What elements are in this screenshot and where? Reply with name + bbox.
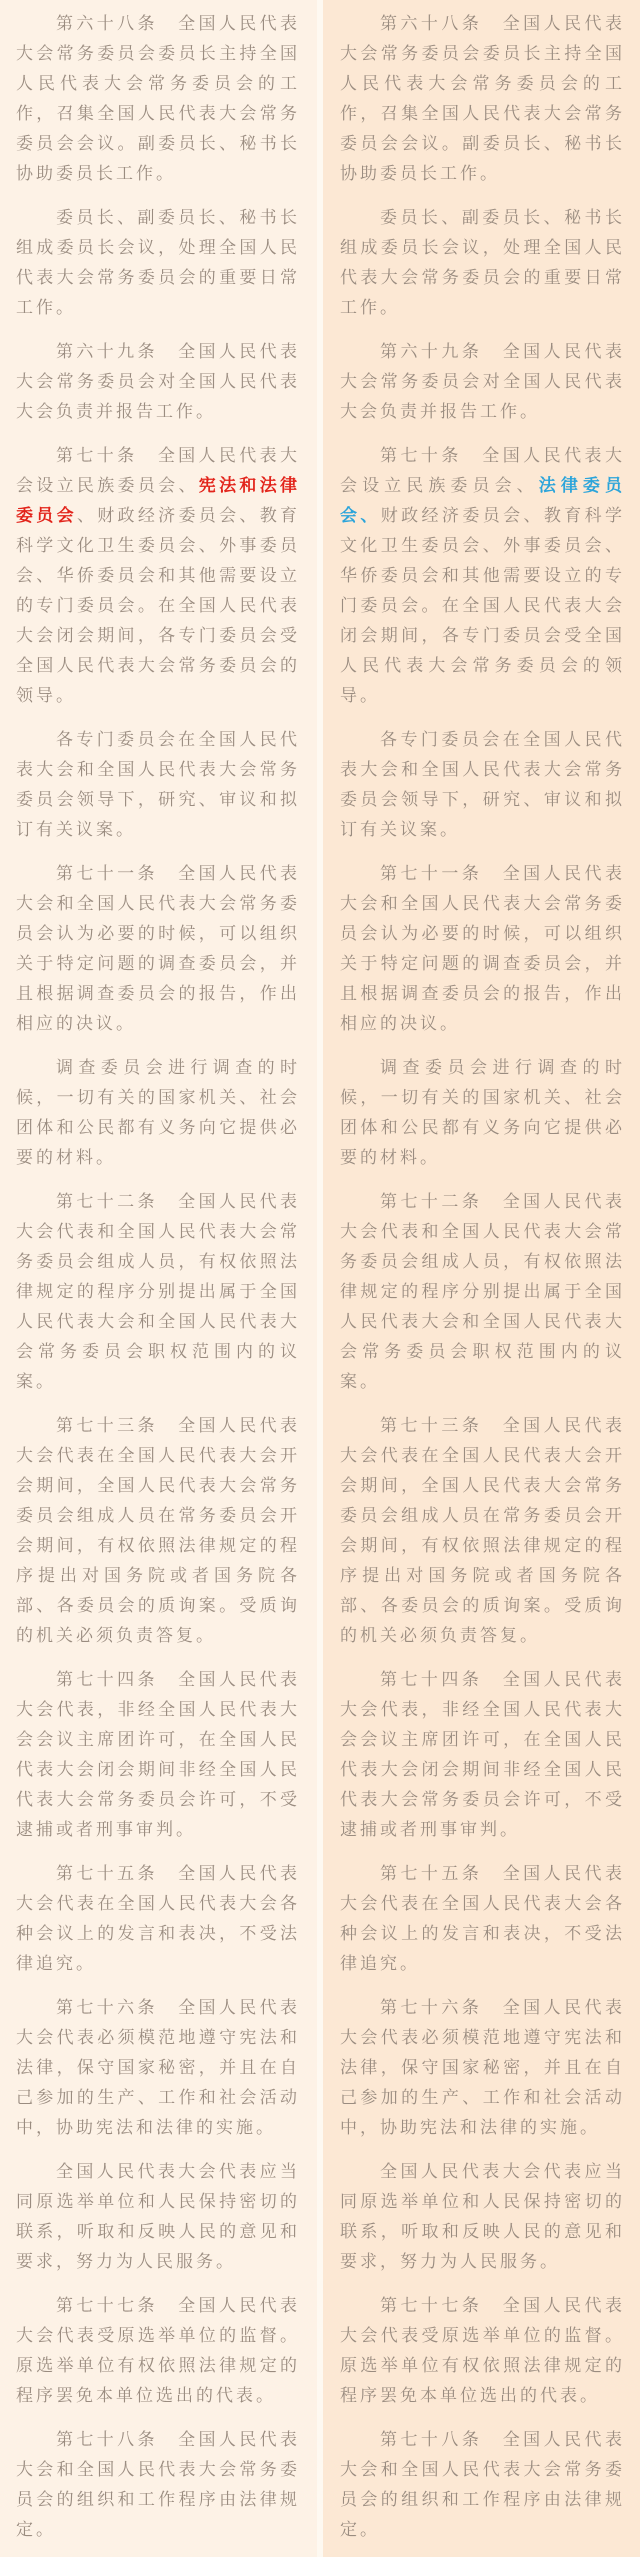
paragraph-text: 第七十六条 全国人民代表大会代表必须模范地遵守宪法和法律，保守国家秘密，并且在自…	[16, 1998, 300, 2138]
paragraph-text: 各专门委员会在全国人民代表大会和全国人民代表大会常务委员会领导下，研究、审议和拟…	[340, 730, 625, 840]
paragraph-text: 、财政经济委员会、教育科学文化卫生委员会、外事委员会、华侨委员会和其他需要设立的…	[16, 506, 300, 706]
paragraph-text: 第七十三条 全国人民代表大会代表在全国人民代表大会开会期间，全国人民代表大会常务…	[340, 1416, 625, 1646]
constitution-comparison-page: 第六十八条 全国人民代表大会常务委员会委员长主持全国人民代表大会常务委员会的工作…	[0, 0, 640, 2557]
article-paragraph: 第六十八条 全国人民代表大会常务委员会委员长主持全国人民代表大会常务委员会的工作…	[340, 9, 625, 189]
article-paragraph: 第七十七条 全国人民代表大会代表受原选举单位的监督。原选举单位有权依照法律规定的…	[340, 2291, 625, 2411]
article-paragraph: 第七十三条 全国人民代表大会代表在全国人民代表大会开会期间，全国人民代表大会常务…	[340, 1411, 625, 1651]
paragraph-text: 第七十八条 全国人民代表大会和全国人民代表大会常务委员会的组织和工作程序由法律规…	[16, 2430, 300, 2540]
paragraph-text: 第六十九条 全国人民代表大会常务委员会对全国人民代表大会负责并报告工作。	[16, 342, 300, 422]
paragraph-text: 全国人民代表大会代表应当同原选举单位和人民保持密切的联系，听取和反映人民的意见和…	[340, 2162, 625, 2272]
paragraph-text: 第七十二条 全国人民代表大会代表和全国人民代表大会常务委员会组成人员，有权依照法…	[340, 1192, 625, 1392]
paragraph-text: 第七十五条 全国人民代表大会代表在全国人民代表大会各种会议上的发言和表决，不受法…	[16, 1864, 300, 1974]
article-paragraph: 全国人民代表大会代表应当同原选举单位和人民保持密切的联系，听取和反映人民的意见和…	[16, 2157, 300, 2277]
article-paragraph: 第七十条 全国人民代表大会设立民族委员会、宪法和法律委员会、财政经济委员会、教育…	[16, 441, 300, 711]
paragraph-text: 第七十八条 全国人民代表大会和全国人民代表大会常务委员会的组织和工作程序由法律规…	[340, 2430, 625, 2540]
paragraph-text: 第七十二条 全国人民代表大会代表和全国人民代表大会常务委员会组成人员，有权依照法…	[16, 1192, 300, 1392]
paragraph-text: 第七十六条 全国人民代表大会代表必须模范地遵守宪法和法律，保守国家秘密，并且在自…	[340, 1998, 625, 2138]
article-paragraph: 第七十六条 全国人民代表大会代表必须模范地遵守宪法和法律，保守国家秘密，并且在自…	[340, 1993, 625, 2143]
paragraph-text: 调查委员会进行调查的时候，一切有关的国家机关、社会团体和公民都有义务向它提供必要…	[16, 1058, 300, 1168]
paragraph-text: 调查委员会进行调查的时候，一切有关的国家机关、社会团体和公民都有义务向它提供必要…	[340, 1058, 625, 1168]
article-paragraph: 第七十四条 全国人民代表大会代表，非经全国人民代表大会会议主席团许可，在全国人民…	[16, 1665, 300, 1845]
article-paragraph: 第七十五条 全国人民代表大会代表在全国人民代表大会各种会议上的发言和表决，不受法…	[340, 1859, 625, 1979]
article-paragraph: 第六十九条 全国人民代表大会常务委员会对全国人民代表大会负责并报告工作。	[340, 337, 625, 427]
article-paragraph: 第七十八条 全国人民代表大会和全国人民代表大会常务委员会的组织和工作程序由法律规…	[16, 2425, 300, 2545]
article-paragraph: 第六十九条 全国人民代表大会常务委员会对全国人民代表大会负责并报告工作。	[16, 337, 300, 427]
paragraph-text: 第六十九条 全国人民代表大会常务委员会对全国人民代表大会负责并报告工作。	[340, 342, 625, 422]
article-paragraph: 全国人民代表大会代表应当同原选举单位和人民保持密切的联系，听取和反映人民的意见和…	[340, 2157, 625, 2277]
paragraph-text: 委员长、副委员长、秘书长组成委员长会议，处理全国人民代表大会常务委员会的重要日常…	[340, 208, 625, 318]
paragraph-text: 第七十三条 全国人民代表大会代表在全国人民代表大会开会期间，全国人民代表大会常务…	[16, 1416, 300, 1646]
article-paragraph: 调查委员会进行调查的时候，一切有关的国家机关、社会团体和公民都有义务向它提供必要…	[340, 1053, 625, 1173]
article-paragraph: 第七十五条 全国人民代表大会代表在全国人民代表大会各种会议上的发言和表决，不受法…	[16, 1859, 300, 1979]
paragraph-text: 第六十八条 全国人民代表大会常务委员会委员长主持全国人民代表大会常务委员会的工作…	[16, 14, 300, 184]
article-paragraph: 第七十四条 全国人民代表大会代表，非经全国人民代表大会会议主席团许可，在全国人民…	[340, 1665, 625, 1845]
paragraph-text: 第七十七条 全国人民代表大会代表受原选举单位的监督。原选举单位有权依照法律规定的…	[16, 2296, 300, 2406]
article-paragraph: 第七十二条 全国人民代表大会代表和全国人民代表大会常务委员会组成人员，有权依照法…	[340, 1187, 625, 1397]
article-paragraph: 第七十三条 全国人民代表大会代表在全国人民代表大会开会期间，全国人民代表大会常务…	[16, 1411, 300, 1651]
paragraph-text: 全国人民代表大会代表应当同原选举单位和人民保持密切的联系，听取和反映人民的意见和…	[16, 2162, 300, 2272]
paragraph-text: 第七十一条 全国人民代表大会和全国人民代表大会常务委员会认为必要的时候，可以组织…	[340, 864, 625, 1034]
article-paragraph: 第七十一条 全国人民代表大会和全国人民代表大会常务委员会认为必要的时候，可以组织…	[340, 859, 625, 1039]
paragraph-text: 委员长、副委员长、秘书长组成委员长会议，处理全国人民代表大会常务委员会的重要日常…	[16, 208, 300, 318]
paragraph-text: 各专门委员会在全国人民代表大会和全国人民代表大会常务委员会领导下，研究、审议和拟…	[16, 730, 300, 840]
right-column-original-text: 第六十八条 全国人民代表大会常务委员会委员长主持全国人民代表大会常务委员会的工作…	[323, 0, 640, 2557]
article-paragraph: 委员长、副委员长、秘书长组成委员长会议，处理全国人民代表大会常务委员会的重要日常…	[340, 203, 625, 323]
left-column-amended-text: 第六十八条 全国人民代表大会常务委员会委员长主持全国人民代表大会常务委员会的工作…	[0, 0, 317, 2557]
article-paragraph: 第七十七条 全国人民代表大会代表受原选举单位的监督。原选举单位有权依照法律规定的…	[16, 2291, 300, 2411]
article-paragraph: 委员长、副委员长、秘书长组成委员长会议，处理全国人民代表大会常务委员会的重要日常…	[16, 203, 300, 323]
article-paragraph: 第七十六条 全国人民代表大会代表必须模范地遵守宪法和法律，保守国家秘密，并且在自…	[16, 1993, 300, 2143]
paragraph-text: 第七十四条 全国人民代表大会代表，非经全国人民代表大会会议主席团许可，在全国人民…	[340, 1670, 625, 1840]
paragraph-text: 第六十八条 全国人民代表大会常务委员会委员长主持全国人民代表大会常务委员会的工作…	[340, 14, 625, 184]
article-paragraph: 各专门委员会在全国人民代表大会和全国人民代表大会常务委员会领导下，研究、审议和拟…	[16, 725, 300, 845]
article-paragraph: 调查委员会进行调查的时候，一切有关的国家机关、社会团体和公民都有义务向它提供必要…	[16, 1053, 300, 1173]
paragraph-text: 第七十五条 全国人民代表大会代表在全国人民代表大会各种会议上的发言和表决，不受法…	[340, 1864, 625, 1974]
paragraph-text: 第七十七条 全国人民代表大会代表受原选举单位的监督。原选举单位有权依照法律规定的…	[340, 2296, 625, 2406]
article-paragraph: 各专门委员会在全国人民代表大会和全国人民代表大会常务委员会领导下，研究、审议和拟…	[340, 725, 625, 845]
article-paragraph: 第七十八条 全国人民代表大会和全国人民代表大会常务委员会的组织和工作程序由法律规…	[340, 2425, 625, 2545]
paragraph-text: 财政经济委员会、教育科学文化卫生委员会、外事委员会、华侨委员会和其他需要设立的专…	[340, 506, 625, 706]
article-paragraph: 第七十二条 全国人民代表大会代表和全国人民代表大会常务委员会组成人员，有权依照法…	[16, 1187, 300, 1397]
article-paragraph: 第七十条 全国人民代表大会设立民族委员会、法律委员会、财政经济委员会、教育科学文…	[340, 441, 625, 711]
article-paragraph: 第七十一条 全国人民代表大会和全国人民代表大会常务委员会认为必要的时候，可以组织…	[16, 859, 300, 1039]
paragraph-text: 第七十四条 全国人民代表大会代表，非经全国人民代表大会会议主席团许可，在全国人民…	[16, 1670, 300, 1840]
paragraph-text: 第七十一条 全国人民代表大会和全国人民代表大会常务委员会认为必要的时候，可以组织…	[16, 864, 300, 1034]
article-paragraph: 第六十八条 全国人民代表大会常务委员会委员长主持全国人民代表大会常务委员会的工作…	[16, 9, 300, 189]
